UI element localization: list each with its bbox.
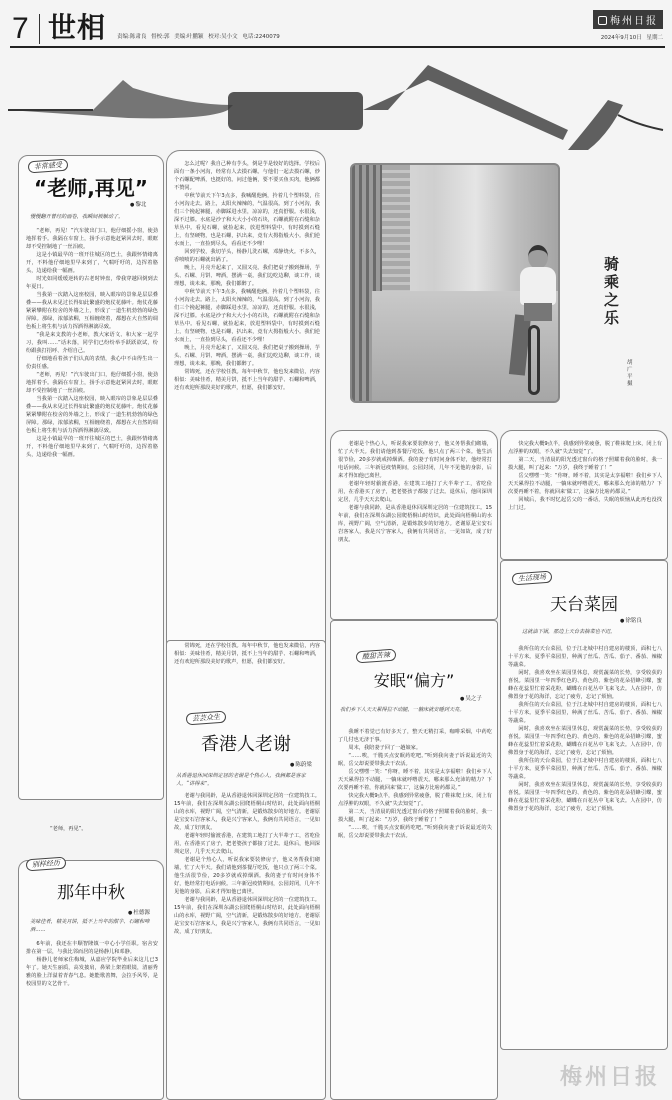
article-author: 陈蔚梁 bbox=[290, 760, 312, 768]
photo-credit: 胡广平 摄 bbox=[627, 360, 635, 388]
paragraph: 闲时，我喜欢坐在菜园里休息，观赏蔬菜的长势，享受收获的喜悦。菜园里一年四季红色的… bbox=[508, 669, 662, 701]
paragraph: 时光如同缓缓逆转的古老时钟盘，带我穿越回倒到去年夏日。 bbox=[26, 275, 158, 291]
paragraph: 闲时，我喜欢坐在菜园里休息，观赏蔬菜的长势，享受收获的喜悦。菜园里一年四季红色的… bbox=[508, 781, 662, 813]
paragraph: 这是小镇最早的一班开往城区的巴士，我跟怀情绪离开，不料他仔细地里早来到了，气喘吁… bbox=[26, 435, 158, 459]
paragraph: 老谢年轻时偷渡香港，在建筑工地打了大半辈子工，省吃俭用，在香港买了房子，把老婆孩… bbox=[338, 480, 492, 504]
article-lede: 美味佳肴，精美月饼，抵不上当年的甜芋、石螺和啤酒…… bbox=[30, 918, 160, 934]
paragraph: “老师，再见！”汽车驶出门口，他仔细摇小窗，使劲地挥着手。我隔在车窗上，扬手示意… bbox=[26, 227, 158, 251]
paragraph: 我所住的天台菜园，位于江北城中村自建房的楼顶，面积七八十平方米。夏季平菜园里，种… bbox=[508, 645, 662, 669]
paragraph: 中秋节前天下午3点多，我喊醒他俩，拎着几个塑料袋，往小河沟走去。路上，太阳火辣辣… bbox=[174, 192, 320, 248]
article-body: 我所住的天台菜园，位于江北城中村自建房的楼顶，面积七八十平方米。夏季平菜园里，种… bbox=[508, 645, 662, 1040]
paragraph: 6年前，我还在丰顺智隆镇一中心小学任职。宿舍安排在第一层，与我比邻而居的是杨静儿… bbox=[26, 940, 158, 956]
article-lede: 从香港退休回深圳定居的老谢是个热心人，我俩都是客家人，“讲得来”。 bbox=[176, 772, 320, 788]
article-body: 6年前，我还在丰顺智隆镇一中心小学任职。宿舍安排在第一层，与我比邻而居的是杨静儿… bbox=[26, 940, 158, 1095]
paragraph: 闲时，我喜欢坐在菜园里休息，观赏蔬菜的长势，享受收获的喜悦。菜园里一年四季红色的… bbox=[508, 725, 662, 757]
paragraph: 常锦死，还在学校任教。每年中秋节，他也发来微信，内容相似：美味佳肴，精美月饼，抵… bbox=[174, 368, 320, 392]
article-body: 老谢与我同龄，是从香港退休回深圳定居的一位建筑技工。15年前，我们在深圳东湖公园… bbox=[174, 792, 320, 1092]
paragraph: “老师，再见！”汽车驶出门口，他仔细摇小窗，使劲地挥着手。我隔在车窗上，扬手示意… bbox=[26, 371, 158, 395]
paragraph: 当我第一次踏入这座校园，映入眼帘的景象是层层叠叠——我从未见过长得如此繁盛的炮仗… bbox=[26, 291, 158, 331]
newspaper-watermark: 梅州日报 bbox=[560, 1060, 660, 1091]
paragraph: 晚上，月亮升起来了，又圆又亮。我们把桌子搬到操场，芋头、石螺、月饼、啤酒，摆满一… bbox=[174, 264, 320, 288]
article-body: 快完我大概9点半，我感到异常疲惫，脱了鞋袜爬上床，闭上有点浮肿的双眼，不久就“失… bbox=[508, 440, 662, 555]
paragraph: 老谢是个热心人，听说我家要装修房子，他义务帮我们砌墙，忙了大半天。我们请他到茶餐… bbox=[338, 440, 492, 480]
feature-photo-girl-on-bicycle bbox=[350, 163, 560, 403]
article-author: 吴之子 bbox=[460, 694, 482, 702]
photo-bicycle-basket bbox=[524, 303, 552, 321]
article-title: 安眠“偏方” bbox=[332, 668, 496, 691]
section-title: 世相 bbox=[48, 11, 106, 45]
article-body: 怎么过呢？我自己种有芋头，倒是芋是较好的选择。学校后面有一条小河沟，经常有人去摸… bbox=[174, 160, 320, 665]
paragraph: 岳父嘿嘿一笑：“你呀，睡不着，其实是太享福啦！我们乡下人天天累得拉不动腿，一躺床… bbox=[508, 472, 662, 496]
article-body: 老谢是个热心人，听说我家要装修房子，他义务帮我们砌墙，忙了大半天。我们请他到茶餐… bbox=[338, 440, 492, 615]
photo-girl-head bbox=[528, 245, 548, 269]
paragraph: 第二天，当清晨的阳光透过窗台的格子照耀着我的脸时，我一摸大腿，叫了起来：“万岁，… bbox=[508, 456, 662, 472]
article-author: 黎北 bbox=[130, 200, 146, 208]
paragraph: 第二天，当清晨的阳光透过窗台的格子照耀着我的脸时，我一摸大腿，叫了起来：“万岁，… bbox=[338, 808, 492, 824]
paragraph: 我睡不着觉已有好多天了，整天无精打采，咖啡采烟，中药吃了几付也无济于事。 bbox=[338, 728, 492, 744]
newspaper-name: 梅州日报 bbox=[610, 16, 658, 27]
article-body: 我睡不着觉已有好多天了，整天无精打采，咖啡采烟，中药吃了几付也无济于事。 周末，… bbox=[338, 728, 492, 1093]
paragraph: 回到学校，我切芋头，杨静儿洗石螺，邓静烧火。不多久，香喷喷的石螺就出锅了。 bbox=[174, 248, 320, 264]
paragraph: 晚上，月亮升起来了，又圆又亮。我们把桌子搬到操场，芋头、石螺、月饼、啤酒，摆满一… bbox=[174, 344, 320, 368]
article-closing: “老师，再见”。 bbox=[50, 825, 150, 835]
article-title: 那年中秋 bbox=[20, 878, 162, 903]
photo-caption: 骑乘之乐 bbox=[604, 255, 624, 327]
page-number: 7 bbox=[12, 12, 29, 46]
photo-girl-body bbox=[520, 267, 556, 305]
article-lede: 慢慢翻开曾经的画卷，我瞬间被触动了。 bbox=[30, 213, 160, 221]
issue-date: 2024年9月10日 星期二 bbox=[601, 33, 663, 41]
newspaper-logo-icon bbox=[598, 16, 607, 25]
paragraph: 快完我大概9点半，我感到异常疲惫，脱了鞋袜爬上床，闭上有点浮肿的双眼，不久就“失… bbox=[508, 440, 662, 456]
paragraph: 老谢与我同龄，是从香港退休回深圳定居的一位建筑技工。15年前，我们在深圳东湖公园… bbox=[338, 504, 492, 544]
roof-ink-decoration bbox=[8, 50, 666, 150]
paragraph: 回城后，我不时忆起岳父的一番话，失眠的烦恼从此再也没找上门过。 bbox=[508, 496, 662, 512]
paragraph: “我是来支教的小老师，教大家语文、和大家一起学习，我叫……”话未落，同学们已纷纷… bbox=[26, 331, 158, 355]
header-rule bbox=[10, 46, 665, 48]
paragraph: 老谢与我同龄，是从香港退休回深圳定居的一位建筑技工。15年前，我们在深圳东湖公园… bbox=[174, 896, 320, 936]
article-body: “老师，再见！”汽车驶出门口，他仔细摇小窗，使劲地挥着手。我隔在车窗上，扬手示意… bbox=[26, 227, 158, 765]
paragraph: 当我第一次踏入这座校园，映入眼帘的景象是层层叠叠——我从未见过长得如此繁盛的炮仗… bbox=[26, 395, 158, 435]
paragraph: “……唉，干脆买点安眠药吃吧。”听到我向妻子诉说最近的失眠，岳父却说要带我去干农… bbox=[338, 752, 492, 768]
article-author: 杜德源 bbox=[128, 908, 150, 916]
masthead: 7 世相 责编:陈肃良 督校:郭 美编:叶鹏颖 校对:吴小文 电话:224007… bbox=[10, 8, 665, 48]
paragraph: “……唉，干脆买点安眠药吃吧。”听到我向妻子诉说最近的失眠，岳父却说要带我去干农… bbox=[338, 824, 492, 840]
article-title: “老师,再见” bbox=[20, 172, 162, 201]
paragraph: 老谢与我同龄，是从香港退休回深圳定居的一位建筑技工。15年前，我们在深圳东湖公园… bbox=[174, 792, 320, 832]
page-separator bbox=[39, 14, 40, 44]
paragraph: 老谢年轻时偷渡香港，在建筑工地打了大半辈子工，省吃俭用，在香港买了房子，把老婆孩… bbox=[174, 832, 320, 856]
article-body: 常锦死，还在学校任教。每年中秋节，他也发来微信，内容相似：美味佳肴，精美月饼，抵… bbox=[174, 642, 320, 682]
article-lede: 这就油下锅，那边上天台去摘菜也不迟。 bbox=[522, 628, 662, 636]
photo-bicycle-wheel bbox=[528, 325, 540, 395]
paragraph: 周末，我陪妻子回了一趟娘家。 bbox=[338, 744, 492, 752]
paragraph: 快完我大概9点半，我感到异常疲惫，脱了鞋袜爬上床，闭上有点浮肿的双眼，不久就“失… bbox=[338, 792, 492, 808]
newspaper-brand: 梅州日报 bbox=[593, 10, 663, 29]
paragraph: 杨静儿老师家住梅城，从嘉应学院毕业后来这儿已3年了。她天生丽质，高发披肩，鼻梁上… bbox=[26, 956, 158, 988]
paragraph: 老谢是个热心人，听说我家要装修房子，他义务帮我们砌墙，忙了大半天。我们请他到茶餐… bbox=[174, 856, 320, 896]
article-lede: 我们乡下人天天累得拉不动腿，一躺床就安睡到天亮。 bbox=[340, 706, 492, 714]
paragraph: 怎么过呢？我自己种有芋头，倒是芋是较好的选择。学校后面有一条小河沟，经常有人去摸… bbox=[174, 160, 320, 192]
article-title: 香港人老谢 bbox=[168, 730, 324, 756]
paragraph: 仔细地看着孩子们认真的表情，我心中不由得生出一份责任感。 bbox=[26, 355, 158, 371]
paragraph: 岳父嘿嘿一笑：“你呀，睡不着，其实是太享福啦！我们乡下人天天累得拉不动腿，一躺床… bbox=[338, 768, 492, 792]
paragraph: 我所住的天台菜园，位于江北城中村自建房的楼顶，面积七八十平方米。夏季平菜园里，种… bbox=[508, 757, 662, 781]
editor-credits: 责编:陈肃良 督校:郭 美编:叶鹏颖 校对:吴小文 电话:2240079 bbox=[117, 32, 280, 40]
article-title: 天台菜园 bbox=[502, 590, 666, 615]
paragraph: 中秋节前天下午3点多，我喊醒他俩，拎着几个塑料袋，往小河沟走去。路上，太阳火辣辣… bbox=[174, 288, 320, 344]
article-author: 徐铭良 bbox=[620, 616, 642, 624]
paragraph: 我所住的天台菜园，位于江北城中村自建房的楼顶，面积七八十平方米。夏季平菜园里，种… bbox=[508, 701, 662, 725]
paragraph: 这是小镇最早的一班开往城区的巴士，我跟怀情绪离开，不料他仔细地里早来到了，气喘吁… bbox=[26, 251, 158, 275]
paragraph: 常锦死，还在学校任教。每年中秋节，他也发来微信，内容相似：美味佳肴，精美月饼，抵… bbox=[174, 642, 320, 666]
